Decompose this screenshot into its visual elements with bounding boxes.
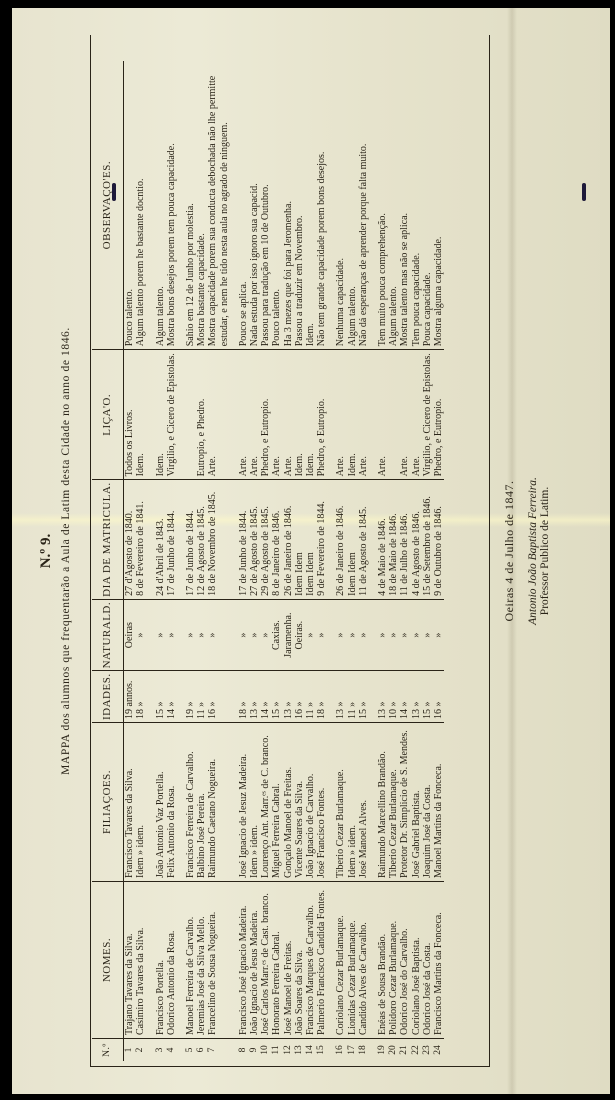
birthplace: » [207,599,229,671]
observation: Pouco talento. [271,61,282,350]
row-number: 15 [316,1039,327,1062]
parent-name: Felix Antonio da Rosa. [166,723,177,882]
birthplace: » [185,599,196,671]
student-name: Francisco Marques de Carvalho. [305,882,316,1039]
student-name: Manoel Ferreira de Carvalho. [185,882,196,1039]
spacer-cell [327,350,335,480]
col-header-lesson: LIÇA'O. [92,350,124,480]
spacer-cell [369,1039,377,1062]
table-row: 15Palmerio Francisco Candida Fontes.José… [316,61,327,1061]
birthplace: » [249,599,260,671]
observation: Não dá esperanças de aprender porque fal… [358,61,369,350]
spacer-cell [230,599,238,671]
spacer-cell [147,61,155,350]
parent-name: Raimundo Marcellino Brandão. [377,723,388,882]
spacer-cell [369,61,377,350]
birthplace: » [399,599,410,671]
observation: Mostra bastante capacidade. [196,61,207,350]
lesson: Virgilio, e Cicero de Epistolas. [422,350,433,480]
parent-name: José Francisco Fontes. [316,723,327,882]
lesson: Idem. [135,350,146,480]
lesson: Phedro, e Eutropio. [316,350,327,480]
student-name: João Soares da Silva. [294,882,305,1039]
birthplace: » [433,599,444,671]
student-age: 15 » [422,671,433,723]
lesson: Arte. [249,350,260,480]
lesson [185,350,196,480]
student-name: Casimiro Tavares da Silva. [135,882,146,1039]
spacer-cell [369,882,377,1039]
table-row: 10José Carlos Marr.ᵉˢ de Cast. branco.Lo… [260,61,271,1061]
col-header-enrollment-date: DIA DE MATRICULA. [92,480,124,600]
enrollment-date: 11 de Agosto de 1845. [358,480,369,600]
row-number: 22 [411,1039,422,1062]
spacer-cell [369,480,377,600]
lesson: Arte. [377,350,388,480]
row-number: 20 [388,1039,399,1062]
table-header-row: N.º NOMES. FILIAÇOES. IDADES. NATURALD. … [92,61,124,1061]
row-number: 3 [155,1039,166,1062]
enrollment-date: 26 de Janeiro de 1846. [283,480,294,600]
student-name: Polidoro Cezar Burlamaque. [388,882,399,1039]
observation: Idem. [305,61,316,350]
lesson: Eutropio, e Phedro. [196,350,207,480]
student-name: Candido Alves de Carvalho. [358,882,369,1039]
enrollment-date: Idem Idem [347,480,358,600]
col-header-age: IDADES. [92,671,124,723]
spacer-cell [230,723,238,882]
table-row: 19Enéas de Sousa Brandão.Raimundo Marcel… [377,61,388,1061]
birthplace: » [335,599,346,671]
document-sheet: N.º 9. MAPPA dos alumnos que frequentarã… [16,21,606,1081]
birthplace: » [238,599,249,671]
enrollment-date: 15 de Setembro de 1846. [422,480,433,600]
observation: Pouco talento. [124,61,136,350]
lesson: Arte. [283,350,294,480]
spacer-cell [327,882,335,1039]
birthplace: » [155,599,166,671]
student-age: 16 » [294,671,305,723]
row-number: 6 [196,1039,207,1062]
table-row: 21Odorico José do Carvalho.Protetor Dr. … [399,61,410,1061]
row-number: 16 [335,1039,346,1062]
parent-name: Idem » idem. [135,723,146,882]
table-row: 20Polidoro Cezar Burlamaque.Tiberio Ceza… [388,61,399,1061]
spacer-cell [177,671,185,723]
table-row: 3Francisco Portella.João Antonio Vaz Por… [155,61,166,1061]
row-number: 21 [399,1039,410,1062]
student-name: Lionidas Cezar Burlamaque. [347,882,358,1039]
student-name: Odorico José do Carvalho. [399,882,410,1039]
birthplace: » [358,599,369,671]
birthplace: » [377,599,388,671]
table-row: 22Coriolano José Baptista.José Gabriel B… [411,61,422,1061]
table-row: 12José Manoel de Freitas.Gonçalo Manoel … [283,61,294,1061]
parent-name: Raimundo Caetano Nogueira. [207,723,229,882]
table-row: 23Odorico José da Costa.Joaquim José da … [422,61,433,1061]
ink-mark [112,183,116,201]
spacer-cell [327,599,335,671]
student-name: Honorato Ferreira Cabral. [271,882,282,1039]
spacer-cell [230,480,238,600]
student-age: 19 annos. [124,671,136,723]
spacer-cell [147,1039,155,1062]
lesson: Idem. [294,350,305,480]
table-row: 14Francisco Marques de Carvalho.João Ign… [305,61,316,1061]
student-name: Odorico José da Costa. [422,882,433,1039]
spacer-cell [147,480,155,600]
parent-name: Protetor Dr. Simplicio de S. Mendes. [399,723,410,882]
document-title: MAPPA dos alumnos que frequentarão a Aul… [60,21,72,1081]
parent-name: João Ignacio de Carvalho. [305,723,316,882]
student-name: José Carlos Marr.ᵉˢ de Cast. branco. [260,882,271,1039]
spacer-cell [230,882,238,1039]
lesson: Arte. [207,350,229,480]
observation: Mostra capacidade porem sua conducta deb… [207,61,229,350]
lesson: Virgilio, e Cicero de Epistolas. [166,350,177,480]
student-age: 19 » [185,671,196,723]
students-table: N.º NOMES. FILIAÇOES. IDADES. NATURALD. … [92,61,444,1061]
parent-name: Balbino José Pereira. [196,723,207,882]
enrollment-date: 27 d'Agosto de 1840. [124,480,136,600]
birthplace: » [305,599,316,671]
observation: Não tem grande capacidade porem bons des… [316,61,327,350]
spacer-cell [327,480,335,600]
spacer-cell [177,350,185,480]
student-age: 13 » [411,671,422,723]
student-name: Trajano Tavares da Silva. [124,882,136,1039]
spacer-cell [230,350,238,480]
signature-date: Oeiras 4 de Julho de 1847. [502,401,517,701]
table-row: 16Coriolano Cezar Burlamaque.Tiberio Cez… [335,61,346,1061]
student-age: 15 » [358,671,369,723]
student-age: 11 » [347,671,358,723]
row-spacer [230,61,238,1061]
spacer-cell [177,599,185,671]
enrollment-date: 12 de Agosto de 1845. [196,480,207,600]
enrollment-date: 17 de Junho de 1844. [238,480,249,600]
table-row: 7Francelino de Sousa Nogueira.Raimundo C… [207,61,229,1061]
student-age: 11 » [196,671,207,723]
enrollment-date: 27 de Agosto de 1845. [249,480,260,600]
student-age: 15 » [155,671,166,723]
lesson: Arte. [271,350,282,480]
student-age: 13 » [249,671,260,723]
parent-name: Tiberio Cezar Burlamaque. [335,723,346,882]
student-age: 14 » [260,671,271,723]
student-name: Enéas de Sousa Brandão. [377,882,388,1039]
spacer-cell [177,723,185,882]
observation: Algum talento. [388,61,399,350]
parent-name: Miguel Ferreira Cabral. [271,723,282,882]
table-row: 9João Ignacio de Jesus Madeira.Idem » id… [249,61,260,1061]
student-name: Jeremias José da Silva Mello. [196,882,207,1039]
student-age: 11 » [305,671,316,723]
observation: Sahio em 12 de Junho por molestia. [185,61,196,350]
parent-name: Joaquim José da Costa. [422,723,433,882]
observation: Ha 3 mezes que foi para Jeromenha. [283,61,294,350]
parent-name: Idem » idem. [347,723,358,882]
spacer-cell [230,61,238,350]
spacer-cell [327,671,335,723]
parent-name: José Ignacio de Jesuz Madeira. [238,723,249,882]
row-number: 7 [207,1039,229,1062]
student-age: 18 » [135,671,146,723]
birthplace: Caxias. [271,599,282,671]
parent-name: Francisco Ferreira de Carvalho. [185,723,196,882]
observation: Mostra talento mas não se aplica. [399,61,410,350]
parent-name: Francisco Tavares da Silva. [124,723,136,882]
student-age: 18 » [316,671,327,723]
student-age: 14 » [399,671,410,723]
observation: Nenhuma capacidade. [335,61,346,350]
lesson: Idem. [305,350,316,480]
row-spacer [147,61,155,1061]
enrollment-date: 4 de Maio de 1846. [377,480,388,600]
table-row: 6Jeremias José da Silva Mello.Balbino Jo… [196,61,207,1061]
enrollment-date: 29 de Agosto de 1845. [260,480,271,600]
table-row: 1Trajano Tavares da Silva.Francisco Tava… [124,61,136,1061]
birthplace: » [260,599,271,671]
birthplace: » [316,599,327,671]
signature-role: Professor Publico de Latim. [539,401,551,701]
col-header-names: NOMES. [92,882,124,1039]
spacer-cell [147,350,155,480]
signature-name: Antonio João Baptista Ferreira. [527,401,539,701]
col-header-observations: OBSERVAÇO'ES. [92,61,124,350]
lesson: Arte. [358,350,369,480]
enrollment-date: 4 de Agosto de 1846. [411,480,422,600]
spacer-cell [147,671,155,723]
student-age: 14 » [166,671,177,723]
spacer-cell [327,1039,335,1062]
lesson: Phedro, e Eutropio. [433,350,444,480]
enrollment-date: 18 de Maio de 1846. [388,480,399,600]
row-number: 12 [283,1039,294,1062]
observation: Tem pouca capacidade. [411,61,422,350]
row-number: 10 [260,1039,271,1062]
lesson: Arte. [335,350,346,480]
student-age: 13 » [283,671,294,723]
birthplace: Oeiras [124,599,136,671]
spacer-cell [177,61,185,350]
spacer-cell [177,480,185,600]
lesson: Arte. [411,350,422,480]
table-body: 1Trajano Tavares da Silva.Francisco Tava… [124,61,445,1061]
table-row: 17Lionidas Cezar Burlamaque.Idem » idem.… [347,61,358,1061]
row-number: 24 [433,1039,444,1062]
observation: Nada estuda por isso ignoro sua capacid. [249,61,260,350]
spacer-cell [230,671,238,723]
student-name: Francelino de Sousa Nogueira. [207,882,229,1039]
row-number: 4 [166,1039,177,1062]
spacer-cell [327,723,335,882]
row-number: 18 [358,1039,369,1062]
enrollment-date: 18 de Novembro de 1845. [207,480,229,600]
enrollment-date: 26 de Janeiro de 1846. [335,480,346,600]
parent-name: Manoel Martins da Fonceca. [433,723,444,882]
spacer-cell [369,599,377,671]
enrollment-date: Idem Idem [294,480,305,600]
student-name: Palmerio Francisco Candida Fontes. [316,882,327,1039]
lesson [388,350,399,480]
table-row: 13João Soares da Silva.Vicente Soares da… [294,61,305,1061]
student-name: Odorico Antonio da Rosa. [166,882,177,1039]
table-row: 4Odorico Antonio da Rosa.Felix Antonio d… [166,61,177,1061]
observation: Passou para tradução em 10 de Outubro. [260,61,271,350]
row-number: 1 [124,1039,136,1062]
birthplace: » [196,599,207,671]
row-number: 19 [377,1039,388,1062]
observation: Mostra bons desejos porem tem pouca capa… [166,61,177,350]
parent-name: Idem » idem. [249,723,260,882]
document-number: N.º 9. [38,21,55,1081]
signature-block: Oeiras 4 de Julho de 1847. Antonio João … [502,401,551,701]
table-row: 2Casimiro Tavares da Silva.Idem » idem.1… [135,61,146,1061]
spacer-cell [369,350,377,480]
observation: Algum talento porem he bastante docntio. [135,61,146,350]
row-number: 17 [347,1039,358,1062]
enrollment-date: 9 de Outubro de 1846. [433,480,444,600]
birthplace: » [411,599,422,671]
enrollment-date: 17 de Junho de 1844. [166,480,177,600]
row-number: 11 [271,1039,282,1062]
lesson: Todos os Livros. [124,350,136,480]
parent-name: João Antonio Vaz Portella. [155,723,166,882]
birthplace: » [135,599,146,671]
enrollment-date: Idem Idem [305,480,316,600]
lesson: Idem. [155,350,166,480]
parent-name: Gonçalo Manoel de Freitas. [283,723,294,882]
observation: Mostra alguma capacidade. [433,61,444,350]
enrollment-date: 8 de Janeiro de 1846. [271,480,282,600]
enrollment-date: 11 de Julho de 1846. [399,480,410,600]
row-spacer [369,61,377,1061]
enrollment-date: 8 de Fevereiro de 1841. [135,480,146,600]
birthplace: » [166,599,177,671]
student-name: Francisco Portella. [155,882,166,1039]
enrollment-date: 17 de Junho de 1844. [185,480,196,600]
birthplace: » [422,599,433,671]
lesson: Arte. [399,350,410,480]
student-age: 15 » [271,671,282,723]
birthplace: Jaramenha. [283,599,294,671]
observation: Pouca capacidade. [422,61,433,350]
parent-name: Vicente Soares da Silva. [294,723,305,882]
student-name: Coriolano José Baptista. [411,882,422,1039]
birthplace: » [388,599,399,671]
spacer-cell [147,599,155,671]
row-number: 13 [294,1039,305,1062]
row-spacer [327,61,335,1061]
student-age: 13 » [377,671,388,723]
student-name: Francisco Martins da Fonceca. [433,882,444,1039]
row-number: 5 [185,1039,196,1062]
spacer-cell [147,882,155,1039]
lesson: Idem. [347,350,358,480]
student-age: 18 » [238,671,249,723]
table-row: 11Honorato Ferreira Cabral.Miguel Ferrei… [271,61,282,1061]
row-spacer [177,61,185,1061]
ink-mark [582,183,586,201]
observation: Pouco se aplica. [238,61,249,350]
table-row: 8Francisco José Ignacio Madeira.José Ign… [238,61,249,1061]
parent-name: José Manoel Alves. [358,723,369,882]
table-row: 18Candido Alves de Carvalho.José Manoel … [358,61,369,1061]
parent-name: José Gabriel Baptista. [411,723,422,882]
spacer-cell [369,723,377,882]
spacer-cell [327,61,335,350]
spacer-cell [177,882,185,1039]
spacer-cell [177,1039,185,1062]
row-number: 2 [135,1039,146,1062]
enrollment-date: 24 d'Abril de 1843. [155,480,166,600]
col-header-number: N.º [92,1039,124,1062]
col-header-filiation: FILIAÇOES. [92,723,124,882]
student-age: 16 » [207,671,229,723]
parent-name: Tiberio Cezar Burlamaque. [388,723,399,882]
spacer-cell [369,671,377,723]
student-name: Coriolano Cezar Burlamaque. [335,882,346,1039]
lesson: Arte. [238,350,249,480]
row-number: 9 [249,1039,260,1062]
birthplace: Oeiras. [294,599,305,671]
lesson: Phedro, e Eutropio. [260,350,271,480]
col-header-birthplace: NATURALD. [92,599,124,671]
observation: Passou a traduzir em Novembro. [294,61,305,350]
student-age: 10 » [388,671,399,723]
row-number: 23 [422,1039,433,1062]
row-number: 14 [305,1039,316,1062]
student-age: 13 » [335,671,346,723]
student-name: Francisco José Ignacio Madeira. [238,882,249,1039]
parent-name: Lourenço Ant. Marr.ᵉˢ de C. branco. [260,723,271,882]
spacer-cell [230,1039,238,1062]
student-name: João Ignacio de Jesus Madeira. [249,882,260,1039]
enrollment-date: 9 de Fevereiro de 1844. [316,480,327,600]
table-row: 5Manoel Ferreira de Carvalho.Francisco F… [185,61,196,1061]
student-name: José Manoel de Freitas. [283,882,294,1039]
student-age: 16 » [433,671,444,723]
row-number: 8 [238,1039,249,1062]
observation: Algum talento. [347,61,358,350]
observation: Tem muito pouca comprehenção. [377,61,388,350]
table-row: 24Francisco Martins da Fonceca.Manoel Ma… [433,61,444,1061]
spacer-cell [147,723,155,882]
observation: Algum talento. [155,61,166,350]
birthplace: » [347,599,358,671]
